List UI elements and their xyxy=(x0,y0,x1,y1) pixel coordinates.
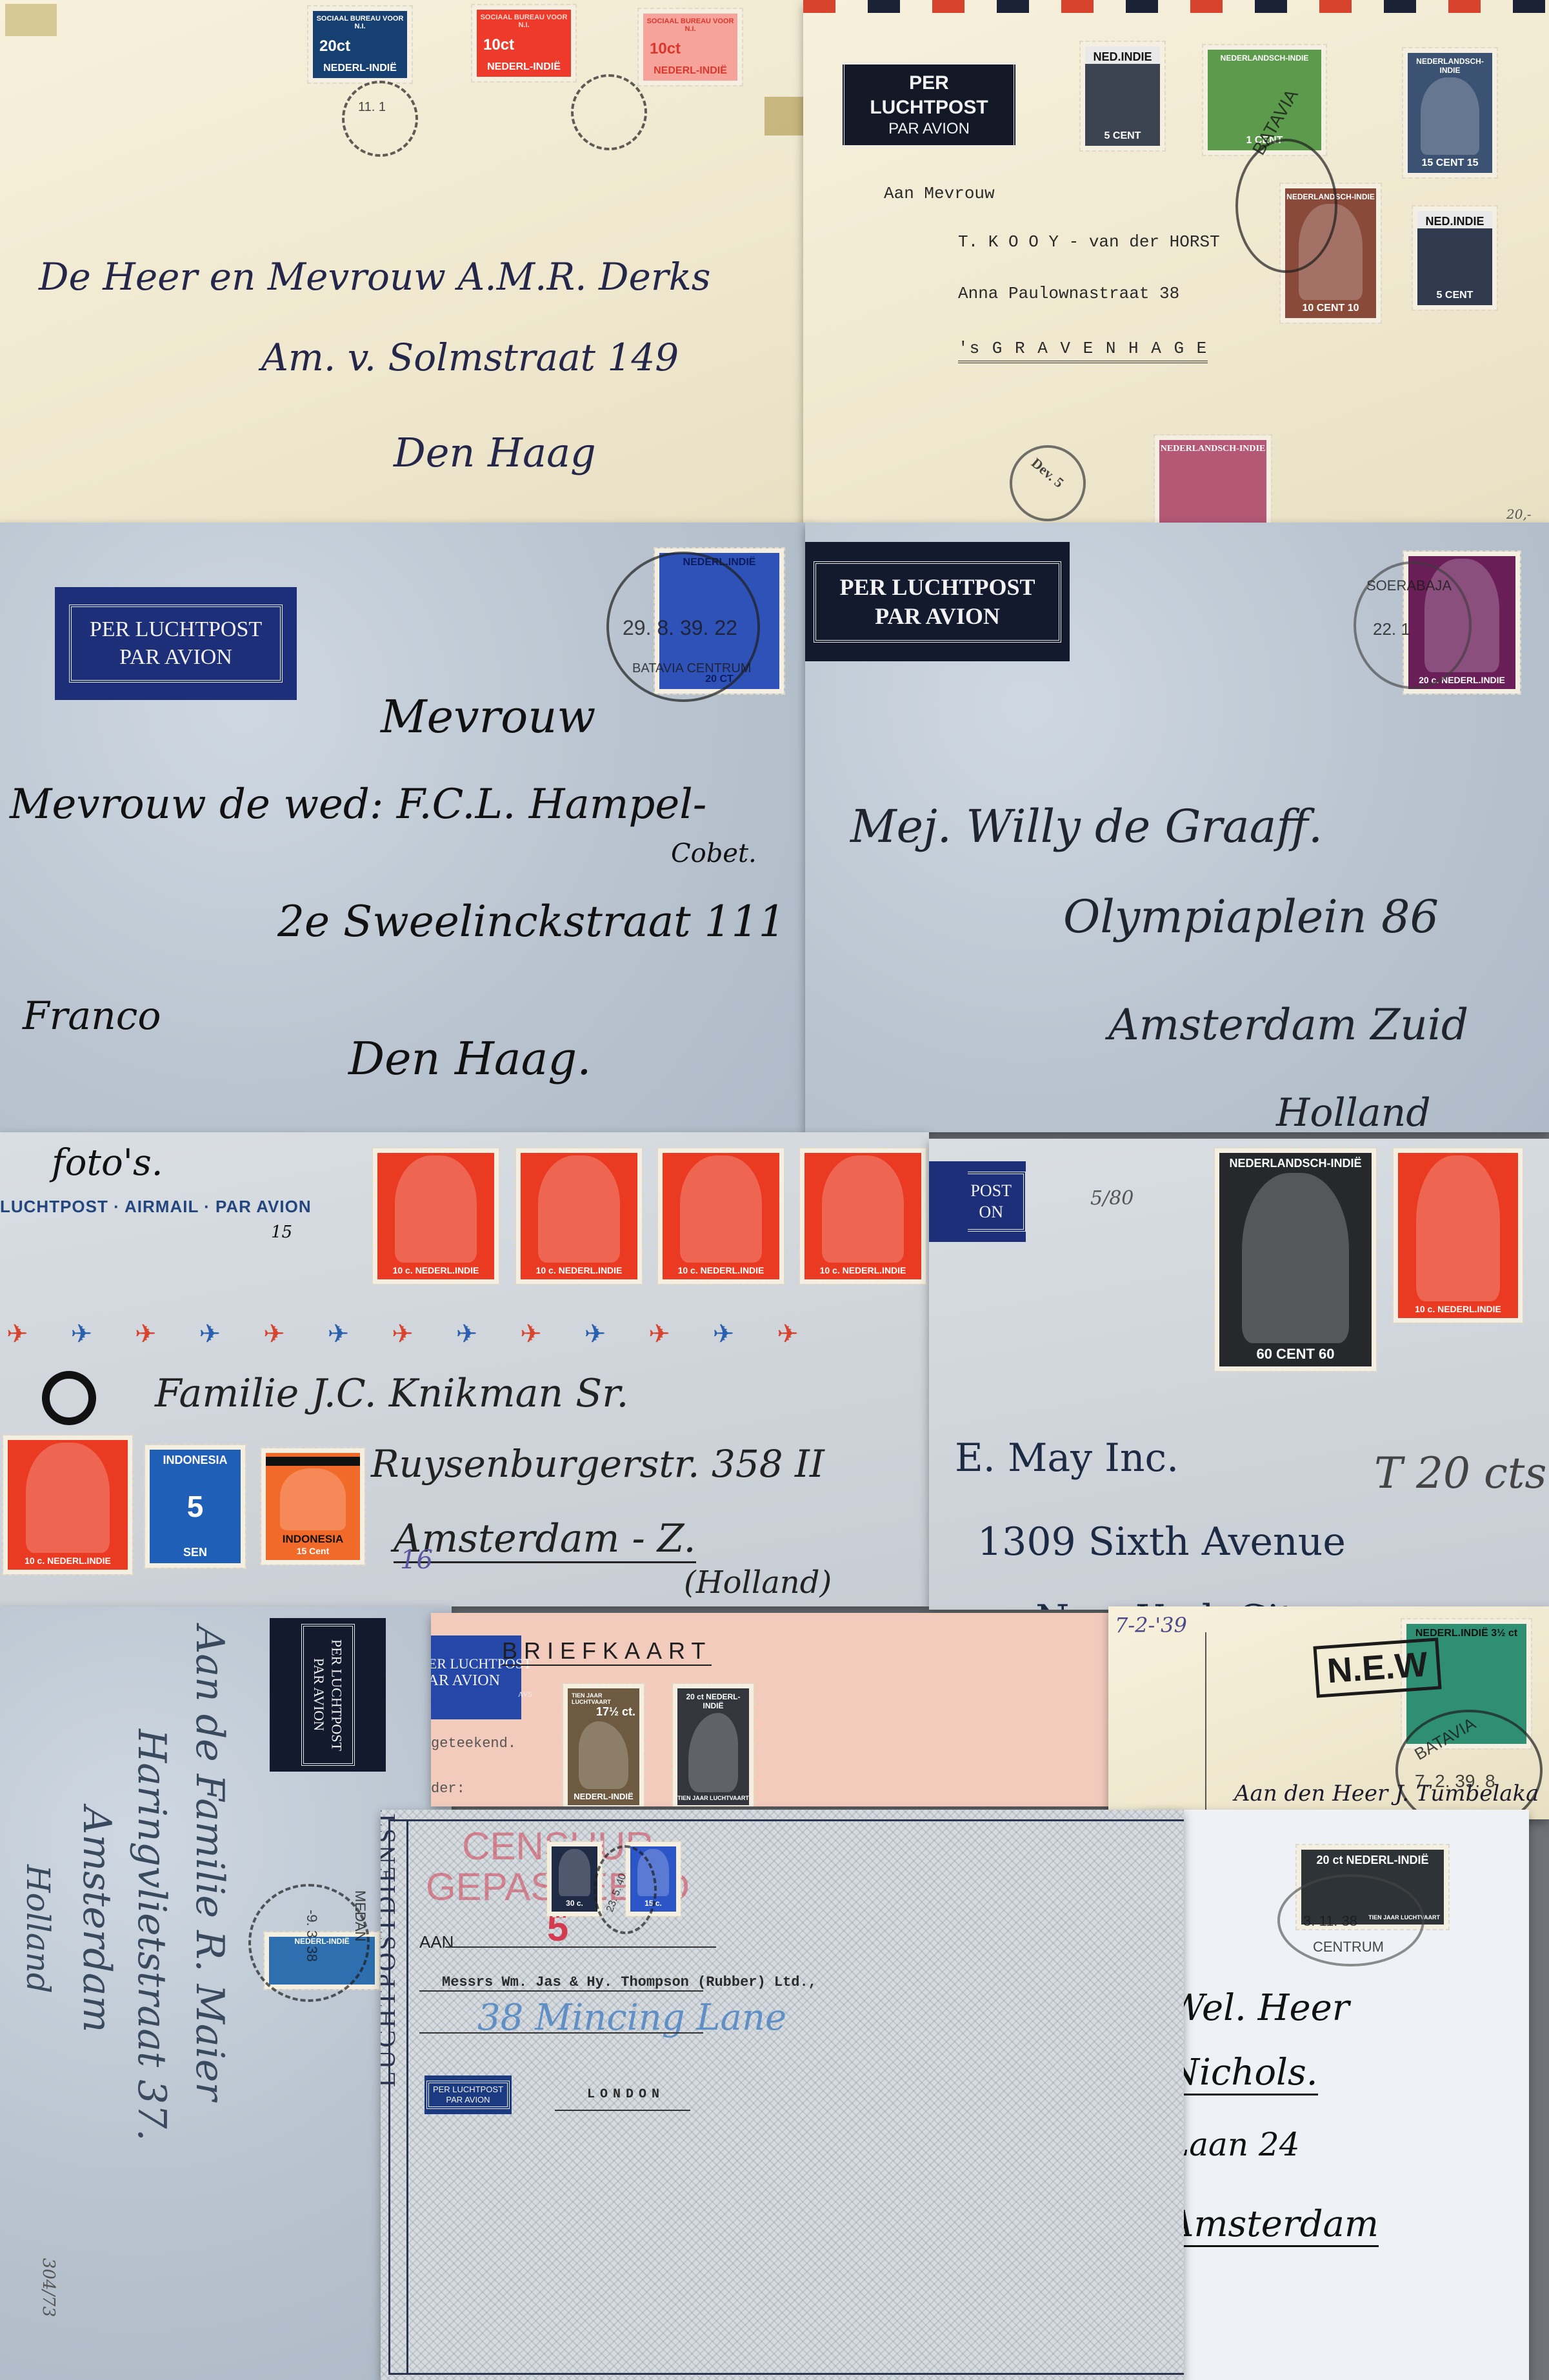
address-rule xyxy=(419,1990,703,1992)
side-divider xyxy=(406,1819,408,2373)
address-line: Den Haag. xyxy=(348,1032,591,1085)
pencil-note: 304/73 xyxy=(39,2258,58,2317)
card-briefkaart: PER LUCHTPOST PAR AVION AV5 BRIEFKAART g… xyxy=(431,1613,1115,1806)
address-line: Wel. Heer xyxy=(1168,1987,1350,2029)
cover-nichols: 20 ct NEDERL-INDIË TIEN JAAR LUCHTVAART … xyxy=(1142,1810,1529,2380)
stamp-wilhelmina-30c: 30 c. xyxy=(547,1842,602,1916)
address-line: Mej. Willy de Graaff. xyxy=(850,800,1323,853)
cover-thompson-london: LUCHTPOSTDIENST CENSUUR GEPASSEERD 5 30 … xyxy=(381,1810,1184,2380)
card-new: 7-2-'39 NEDERL.INDIË 3½ ct N.E.W 7. 2. 3… xyxy=(1108,1606,1549,1819)
card-date: 7-2-'39 xyxy=(1115,1613,1187,1637)
address-line: Amsterdam - Z. xyxy=(394,1516,696,1563)
typed-line: geteekend. xyxy=(431,1735,516,1752)
portrait xyxy=(395,1155,477,1263)
pencil-number: 15 xyxy=(271,1223,292,1242)
stamp-wilhelmina-10c: 10 c. NEDERL.INDIE xyxy=(1394,1148,1523,1323)
stamp-wilhelmina-10c: 10 c. NEDERL.INDIE xyxy=(800,1148,926,1284)
new-box-mark: N.E.W xyxy=(1313,1637,1441,1697)
portrait xyxy=(680,1155,762,1263)
fotos-note: foto's. xyxy=(52,1142,163,1184)
portrait xyxy=(26,1443,110,1553)
airmail-label: PER LUCHTPOST PAR AVION xyxy=(805,542,1070,661)
pencil-fraction: 5/80 xyxy=(1090,1187,1134,1210)
stamp-indonesia-overprint-15ct: INDONESIA 15 Cent xyxy=(261,1448,365,1565)
address-line: Mevrouw de wed: F.C.L. Hampel- xyxy=(10,781,706,828)
portrait xyxy=(1416,1155,1500,1301)
card-title: BRIEFKAART xyxy=(502,1637,712,1666)
address-line: Aan de Familie R. Maier xyxy=(187,1626,232,2101)
typed-line: der: xyxy=(431,1781,465,1797)
cover-hampel: PER LUCHTPOST PAR AVION NEDERL.INDIË 20 … xyxy=(0,523,813,1132)
address-line: T. K O O Y - van der HORST xyxy=(958,232,1220,252)
airplane-border: ✈✈✈✈✈✈✈✈✈✈✈✈✈ xyxy=(6,1319,910,1345)
airmail-label: POST ON xyxy=(929,1161,1026,1242)
address-line: 's G R A V E N H A G E xyxy=(958,339,1208,363)
pencil-number: 16 xyxy=(400,1545,433,1575)
postmark xyxy=(594,1845,657,1934)
stamp-wilhelmina-60c: NEDERLANDSCH-INDIË 60 CENT 60 xyxy=(1215,1148,1376,1371)
stamp-indonesia-5-sen: INDONESIA 5 SEN xyxy=(145,1445,245,1568)
postmark xyxy=(342,81,418,157)
address-line: Anna Paulownastraat 38 xyxy=(958,284,1179,303)
address-line: Holland xyxy=(19,1865,57,1994)
portrait xyxy=(1242,1173,1348,1343)
airmail-border-stripes xyxy=(803,0,1549,13)
tape-right xyxy=(765,97,803,135)
address-line: Messrs Wm. Jas & Hy. Thompson (Rubber) L… xyxy=(442,1974,817,1990)
destination-city: LONDON xyxy=(555,2087,690,2111)
airmail-label: PER LUCHTPOST PAR AVION xyxy=(55,587,297,700)
postmark-date: -9. 3. 38 xyxy=(303,1910,320,1962)
address-line: Den Haag xyxy=(394,429,596,476)
cover-may-inc: POST ON 5/80 NEDERLANDSCH-INDIË 60 CENT … xyxy=(929,1139,1549,1610)
airmail-printed-text: LUCHTPOST · AIRMAIL · PAR AVION xyxy=(0,1197,312,1217)
address-line: Amsterdam xyxy=(1168,2203,1379,2247)
stamp-ned-indie-5c-2: NED.INDIE 5 CENT xyxy=(1413,206,1497,310)
postmark xyxy=(571,74,647,150)
address-vertical: Aan de Familie R. Maier Haringvlietstraa… xyxy=(32,1626,239,2368)
postmark-date: 3. 11. 38 xyxy=(1303,1913,1357,1930)
airmail-label: PER LUCHTPOST PAR AVION xyxy=(842,65,1016,145)
portrait xyxy=(538,1155,620,1263)
address-line: 1309 Sixth Avenue xyxy=(977,1519,1346,1565)
stamp-luchtvaart-20c: 20 ct NEDERL-INDIË TIEN JAAR LUCHTVAART xyxy=(673,1684,754,1806)
tape-left xyxy=(5,4,57,36)
aan-label: AAN xyxy=(419,1932,454,1952)
tax-mark: T 20 cts xyxy=(1374,1448,1546,1498)
address-rule xyxy=(445,1946,716,1948)
address-line: Nichols. xyxy=(1168,2052,1318,2095)
stamp-sociaal-10ct-red: SOCIAAL BUREAU VOOR N.I. 10ct NEDERL-IND… xyxy=(472,5,575,81)
address-line: Haringvlietstraat 37. xyxy=(129,1729,174,2141)
postmark-place: MEDAN xyxy=(352,1890,368,1941)
postmark-place: BATAVIA CENTRUM xyxy=(632,661,751,676)
address-line: Laan 24 xyxy=(1168,2126,1300,2163)
address-line: Holland xyxy=(1276,1090,1431,1132)
address-line: Familie J.C. Knikman Sr. xyxy=(155,1371,628,1416)
postmark-date: 22. 1 xyxy=(1373,619,1410,639)
portrait xyxy=(1421,77,1480,155)
ink-blot xyxy=(42,1371,96,1425)
address-line: E. May Inc. xyxy=(955,1435,1179,1481)
address-line: Mevrouw xyxy=(381,690,595,743)
portrait xyxy=(822,1155,904,1263)
airmail-label: PER LUCHTPOST PAR AVION xyxy=(425,2075,512,2114)
stamp-wilhelmina-10c: 10 c. NEDERL.INDIE xyxy=(3,1435,132,1574)
stamp-sociaal-10ct-pink: SOCIAAL BUREAU VOOR N.I. 10ct NEDERL-IND… xyxy=(639,9,742,85)
cover-kooy: PER LUCHTPOST PAR AVION NED.INDIE 5 CENT… xyxy=(803,0,1549,529)
airplane-image xyxy=(579,1721,629,1789)
address-line: Amsterdam Zuid xyxy=(1108,1000,1468,1050)
stamp-ned-indie-5c: NED.INDIE 5 CENT xyxy=(1081,42,1164,150)
postmark-date: 29. 8. 39. 22 xyxy=(623,616,737,640)
stamp-landscape-pink: NEDERLANDSCH-INDIE xyxy=(1155,435,1271,529)
address-line: 2e Sweelinckstraat 111 xyxy=(277,897,786,946)
airmail-label: PER LUCHTPOST PAR AVION xyxy=(270,1618,386,1772)
franco-note: Franco xyxy=(23,994,161,1039)
stamp-wilhelmina-10c: 10 c. NEDERL.INDIE xyxy=(373,1148,499,1284)
address-line: Aan Mevrouw xyxy=(884,184,995,203)
address-line: Cobet. xyxy=(671,839,757,868)
pencil-note: 20,- xyxy=(1506,506,1532,522)
portrait xyxy=(280,1468,346,1530)
address-line: Olympiaplein 86 xyxy=(1063,890,1439,943)
stamp-wilhelmina-10c: 10 c. NEDERL.INDIE xyxy=(658,1148,784,1284)
cover-derks: SOCIAAL BUREAU VOOR N.I. 20ct NEDERL-IND… xyxy=(0,0,806,529)
airplane-image xyxy=(688,1713,739,1792)
address-line: Ruysenburgerstr. 358 II xyxy=(371,1442,824,1486)
stamp-wilhelmina-10c: 10 c. NEDERL.INDIE xyxy=(516,1148,642,1284)
postmark-batavia xyxy=(1235,139,1337,273)
postmark-place: CENTRUM xyxy=(1313,1939,1384,1955)
stamp-wilhelmina-15c: NEDERLANDSCH-INDIE 15 CENT 15 xyxy=(1403,48,1497,177)
address-line: Amsterdam xyxy=(74,1806,119,2032)
address-line: Am. v. Solmstraat 149 xyxy=(261,335,679,379)
portrait xyxy=(559,1849,591,1896)
cover-knikman: foto's. LUCHTPOST · AIRMAIL · PAR AVION … xyxy=(0,1132,929,1606)
address-line: (Holland) xyxy=(684,1565,832,1601)
stamp-luchtvaart-17-5c: TIEN JAAR LUCHTVAART 17½ ct. NEDERL-INDI… xyxy=(563,1684,644,1806)
card-divider xyxy=(1205,1632,1206,1813)
address-rule xyxy=(419,2032,703,2034)
postmark-date: 11. 1 xyxy=(358,100,386,115)
stamp-sociaal-20ct: SOCIAAL BUREAU VOOR N.I. 20ct NEDERL-IND… xyxy=(308,6,412,83)
cover-de-graaff: PER LUCHTPOST PAR AVION 20 c. NEDERL.IND… xyxy=(805,523,1549,1132)
postmark-place: SOERABAJA xyxy=(1366,577,1452,594)
address-line: De Heer en Mevrouw A.M.R. Derks xyxy=(39,255,710,299)
card-address: Aan den Heer J. Tumbelaka xyxy=(1234,1781,1539,1806)
